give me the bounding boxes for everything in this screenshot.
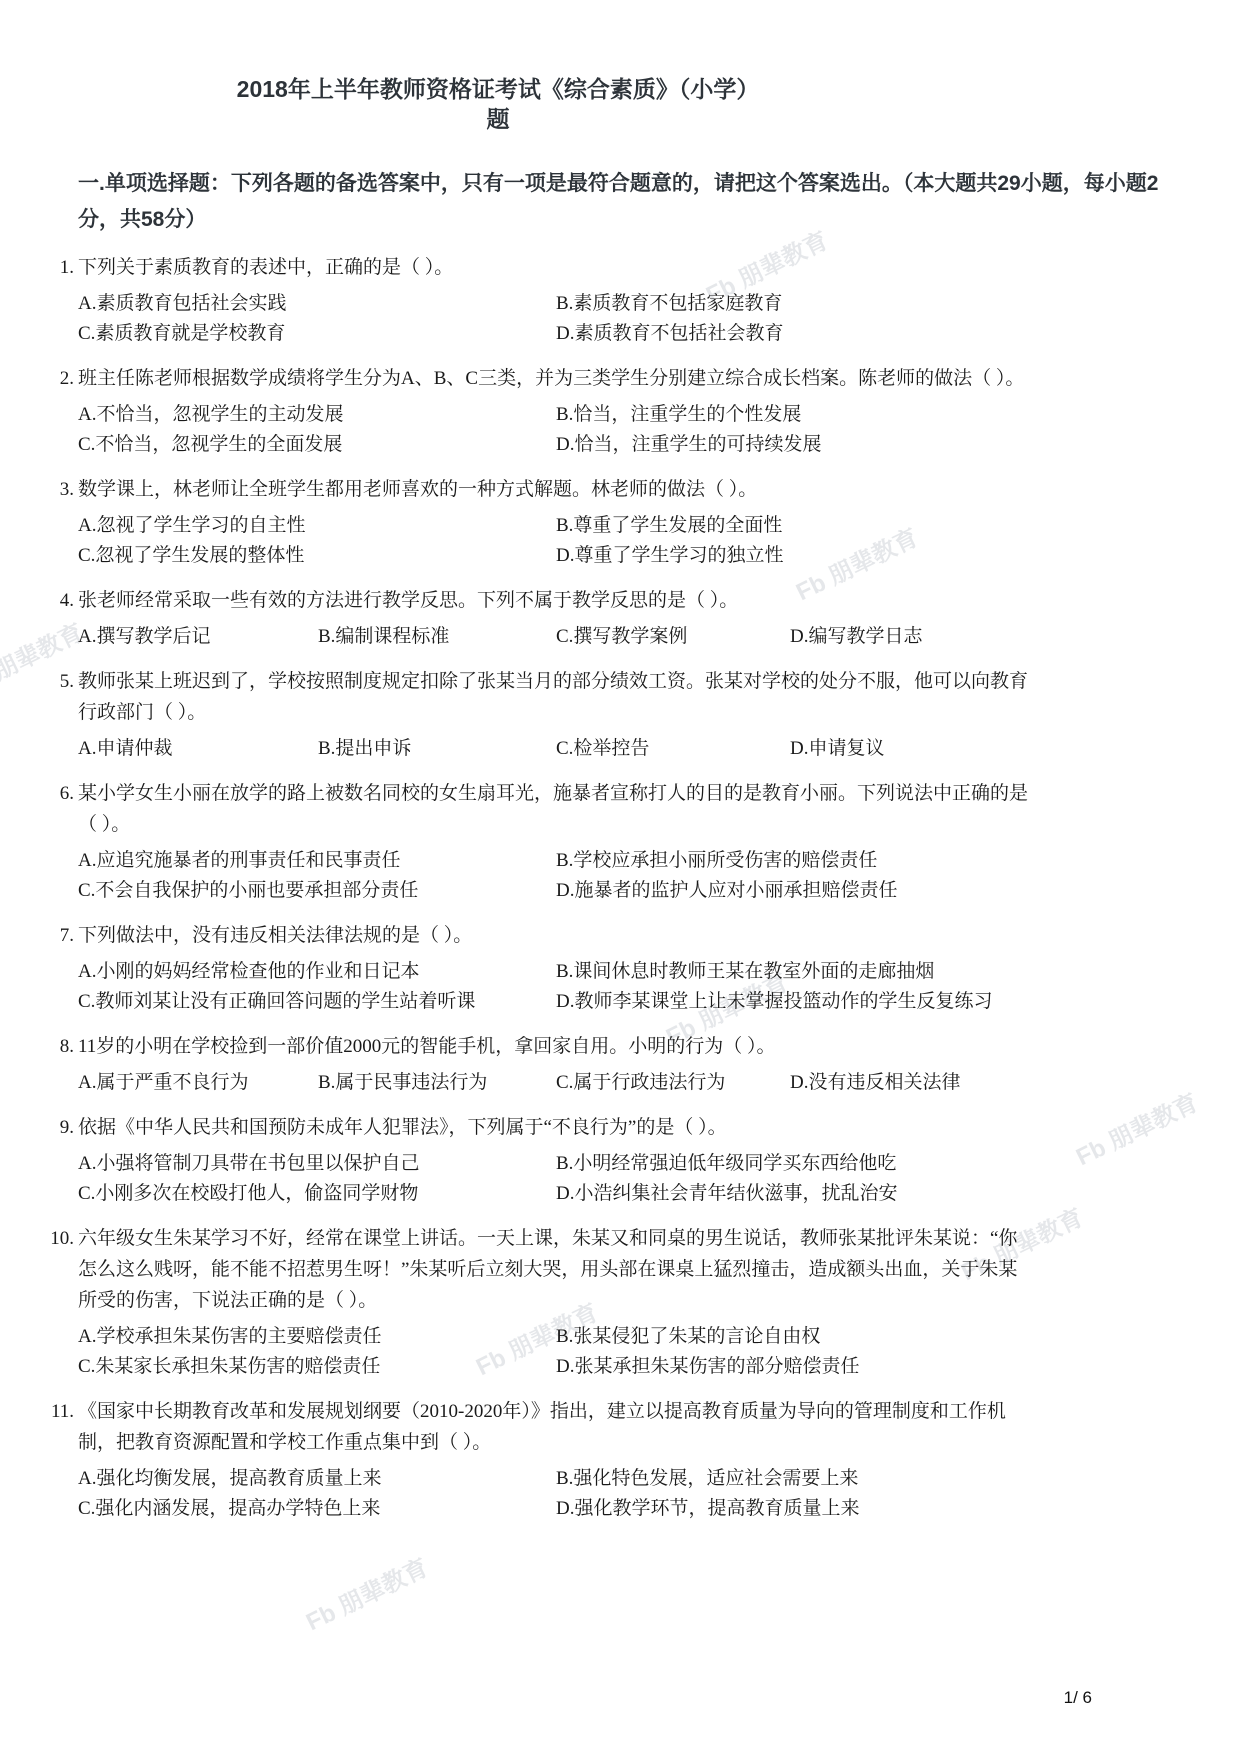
option: A.忽视了学生学习的自主性 [78,511,556,541]
option: B.尊重了学生发展的全面性 [556,511,1240,541]
option: C.小刚多次在校殴打他人，偷盗同学财物 [78,1179,556,1209]
page-title-line1: 2018年上半年教师资格证考试《综合素质》（小学） [237,76,760,102]
options: A.忽视了学生学习的自主性B.尊重了学生发展的全面性C.忽视了学生发展的整体性D… [78,511,1240,571]
option: B.素质教育不包括家庭教育 [556,289,1240,319]
option: B.提出申诉 [318,734,556,764]
option: C.素质教育就是学校教育 [78,319,556,349]
option: B.属于民事违法行为 [318,1068,556,1098]
option: B.编制课程标准 [318,622,556,652]
option: D.尊重了学生学习的独立性 [556,541,1240,571]
option: C.属于行政违法行为 [556,1068,790,1098]
options: A.强化均衡发展，提高教育质量上来B.强化特色发展，适应社会需要上来C.强化内涵… [78,1464,1240,1524]
question-number: 6. [0,778,74,809]
question-number: 7. [0,920,74,951]
question-list: 1.下列关于素质教育的表述中，正确的是（ ）。A.素质教育包括社会实践B.素质教… [0,252,1240,1524]
question: 4.张老师经常采取一些有效的方法进行教学反思。下列不属于教学反思的是（ ）。A.… [0,585,1240,652]
options: A.小强将管制刀具带在书包里以保护自己B.小明经常强迫低年级同学买东西给他吃C.… [78,1149,1240,1209]
option: A.学校承担朱某伤害的主要赔偿责任 [78,1322,556,1352]
options: A.申请仲裁B.提出申诉C.检举控告D.申请复议 [78,734,1240,764]
option: A.应追究施暴者的刑事责任和民事责任 [78,846,556,876]
option: D.没有违反相关法律 [790,1068,1240,1098]
question-stem: 教师张某上班迟到了，学校按照制度规定扣除了张某当月的部分绩效工资。张某对学校的处… [78,666,1028,728]
question-number: 1. [0,252,74,283]
question-number: 9. [0,1112,74,1143]
option: C.检举控告 [556,734,790,764]
question-stem: 依据《中华人民共和国预防未成年人犯罪法》，下列属于“不良行为”的是（ ）。 [78,1112,1028,1143]
option: D.教师李某课堂上让未掌握投篮动作的学生反复练习 [556,987,1240,1017]
options: A.素质教育包括社会实践B.素质教育不包括家庭教育C.素质教育就是学校教育D.素… [78,289,1240,349]
options: A.学校承担朱某伤害的主要赔偿责任B.张某侵犯了朱某的言论自由权C.朱某家长承担… [78,1322,1240,1382]
option: D.强化教学环节，提高教育质量上来 [556,1494,1240,1524]
option: A.属于严重不良行为 [78,1068,318,1098]
page-number: 1/ 6 [1064,1688,1092,1708]
option: A.小强将管制刀具带在书包里以保护自己 [78,1149,556,1179]
option: C.强化内涵发展，提高办学特色上来 [78,1494,556,1524]
question-stem: 班主任陈老师根据数学成绩将学生分为A、B、C三类，并为三类学生分别建立综合成长档… [78,363,1028,394]
question-stem: 11岁的小明在学校捡到一部价值2000元的智能手机，拿回家自用。小明的行为（ ）… [78,1031,1028,1062]
option: C.不会自我保护的小丽也要承担部分责任 [78,876,556,906]
option: D.恰当，注重学生的可持续发展 [556,430,1240,460]
question-stem: 张老师经常采取一些有效的方法进行教学反思。下列不属于教学反思的是（ ）。 [78,585,1028,616]
option: B.恰当，注重学生的个性发展 [556,400,1240,430]
question: 2.班主任陈老师根据数学成绩将学生分为A、B、C三类，并为三类学生分别建立综合成… [0,363,1240,460]
page-title: 2018年上半年教师资格证考试《综合素质》（小学） 题 [48,74,948,134]
option: C.教师刘某让没有正确回答问题的学生站着听课 [78,987,556,1017]
question-stem: 下列关于素质教育的表述中，正确的是（ ）。 [78,252,1028,283]
option: B.课间休息时教师王某在教室外面的走廊抽烟 [556,957,1240,987]
question-number: 5. [0,666,74,697]
option: A.素质教育包括社会实践 [78,289,556,319]
options: A.应追究施暴者的刑事责任和民事责任B.学校应承担小丽所受伤害的赔偿责任C.不会… [78,846,1240,906]
option: D.素质教育不包括社会教育 [556,319,1240,349]
option: C.不恰当，忽视学生的全面发展 [78,430,556,460]
option: C.朱某家长承担朱某伤害的赔偿责任 [78,1352,556,1382]
question-number: 2. [0,363,74,394]
option: D.申请复议 [790,734,1240,764]
question: 7.下列做法中，没有违反相关法律法规的是（ ）。A.小刚的妈妈经常检查他的作业和… [0,920,1240,1017]
option: C.忽视了学生发展的整体性 [78,541,556,571]
option: A.小刚的妈妈经常检查他的作业和日记本 [78,957,556,987]
option: B.强化特色发展，适应社会需要上来 [556,1464,1240,1494]
question-number: 8. [0,1031,74,1062]
question-number: 3. [0,474,74,505]
option: A.申请仲裁 [78,734,318,764]
options: A.不恰当，忽视学生的主动发展B.恰当，注重学生的个性发展C.不恰当，忽视学生的… [78,400,1240,460]
question-number: 4. [0,585,74,616]
exam-paper-page: Fb 朋辈教育 Fb 朋辈教育 Fb 朋辈教育 Fb 朋辈教育 Fb 朋辈教育 … [0,0,1240,1754]
option: A.不恰当，忽视学生的主动发展 [78,400,556,430]
option: A.撰写教学后记 [78,622,318,652]
question-stem: 某小学女生小丽在放学的路上被数名同校的女生扇耳光，施暴者宣称打人的目的是教育小丽… [78,778,1028,840]
option: C.撰写教学案例 [556,622,790,652]
section-heading: 一.单项选择题：下列各题的备选答案中，只有一项是最符合题意的，请把这个答案选出。… [78,166,1170,238]
question: 9.依据《中华人民共和国预防未成年人犯罪法》，下列属于“不良行为”的是（ ）。A… [0,1112,1240,1209]
question-stem: 数学课上，林老师让全班学生都用老师喜欢的一种方式解题。林老师的做法（ ）。 [78,474,1028,505]
option: B.学校应承担小丽所受伤害的赔偿责任 [556,846,1240,876]
option: B.张某侵犯了朱某的言论自由权 [556,1322,1240,1352]
question-stem: 《国家中长期教育改革和发展规划纲要（2010-2020年）》指出，建立以提高教育… [78,1396,1028,1458]
question: 6.某小学女生小丽在放学的路上被数名同校的女生扇耳光，施暴者宣称打人的目的是教育… [0,778,1240,906]
option: A.强化均衡发展，提高教育质量上来 [78,1464,556,1494]
options: A.属于严重不良行为B.属于民事违法行为C.属于行政违法行为D.没有违反相关法律 [78,1068,1240,1098]
options: A.小刚的妈妈经常检查他的作业和日记本B.课间休息时教师王某在教室外面的走廊抽烟… [78,957,1240,1017]
question: 10.六年级女生朱某学习不好，经常在课堂上讲话。一天上课，朱某又和同桌的男生说话… [0,1223,1240,1382]
option: B.小明经常强迫低年级同学买东西给他吃 [556,1149,1240,1179]
question: 11.《国家中长期教育改革和发展规划纲要（2010-2020年）》指出，建立以提… [0,1396,1240,1524]
question: 3.数学课上，林老师让全班学生都用老师喜欢的一种方式解题。林老师的做法（ ）。A… [0,474,1240,571]
options: A.撰写教学后记B.编制课程标准C.撰写教学案例D.编写教学日志 [78,622,1240,652]
question-stem: 下列做法中，没有违反相关法律法规的是（ ）。 [78,920,1028,951]
option: D.编写教学日志 [790,622,1240,652]
watermark: Fb 朋辈教育 [299,1548,433,1637]
question-number: 11. [0,1396,74,1427]
question: 1.下列关于素质教育的表述中，正确的是（ ）。A.素质教育包括社会实践B.素质教… [0,252,1240,349]
question-stem: 六年级女生朱某学习不好，经常在课堂上讲话。一天上课，朱某又和同桌的男生说话，教师… [78,1223,1028,1316]
option: D.张某承担朱某伤害的部分赔偿责任 [556,1352,1240,1382]
question: 5.教师张某上班迟到了，学校按照制度规定扣除了张某当月的部分绩效工资。张某对学校… [0,666,1240,764]
option: D.小浩纠集社会青年结伙滋事，扰乱治安 [556,1179,1240,1209]
option: D.施暴者的监护人应对小丽承担赔偿责任 [556,876,1240,906]
question: 8.11岁的小明在学校捡到一部价值2000元的智能手机，拿回家自用。小明的行为（… [0,1031,1240,1098]
question-number: 10. [0,1223,74,1254]
page-title-line2: 题 [48,104,948,134]
